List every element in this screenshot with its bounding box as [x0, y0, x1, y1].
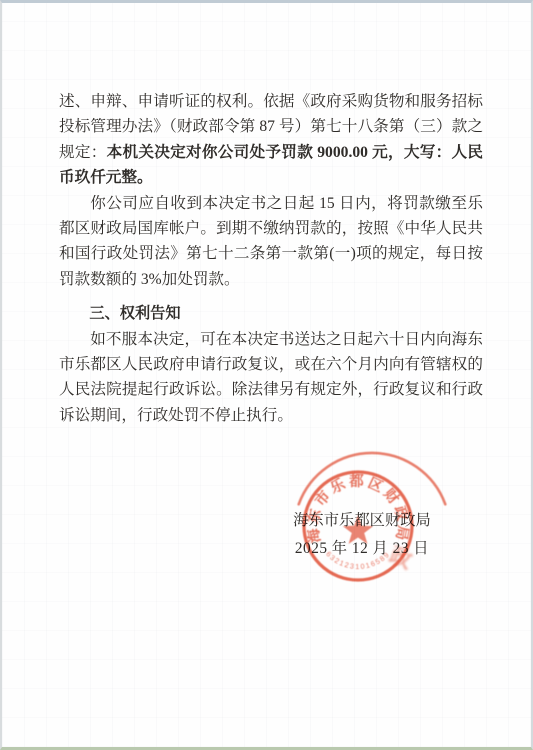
seal-code: 6321231016589: [324, 549, 392, 571]
section-heading-rights-notice: 三、权利告知: [59, 301, 483, 326]
paragraph-payment-instructions: 你公司应自收到本决定书之日起 15 日内，将罚款缴至乐都区财政局国库帐户。到期不…: [59, 191, 483, 293]
official-seal-stamp: 海东市乐都区财政局 6321231016589 政: [270, 441, 450, 611]
paragraph-appeal-rights: 如不服本决定，可在本决定书送达之日起六十日内向海东市乐都区人民政府申请行政复议，…: [59, 327, 483, 429]
seal-star-icon: [343, 515, 373, 544]
seal-code-path: 6321231016589: [324, 549, 392, 571]
document-body: 述、申辩、申请听证的权利。依据《政府采购货物和服务招标投标管理办法》（财政部令第…: [59, 89, 483, 428]
scanned-document-page: 述、申辩、申请听证的权利。依据《政府采购货物和服务招标投标管理办法》（财政部令第…: [0, 0, 533, 750]
paragraph-penalty-decision: 述、申辩、申请听证的权利。依据《政府采购货物和服务招标投标管理办法》（财政部令第…: [59, 89, 483, 191]
penalty-amount-text: 本机关决定对你公司处予罚款 9000.00 元，大写：人民币玖仟元整。: [59, 144, 483, 186]
